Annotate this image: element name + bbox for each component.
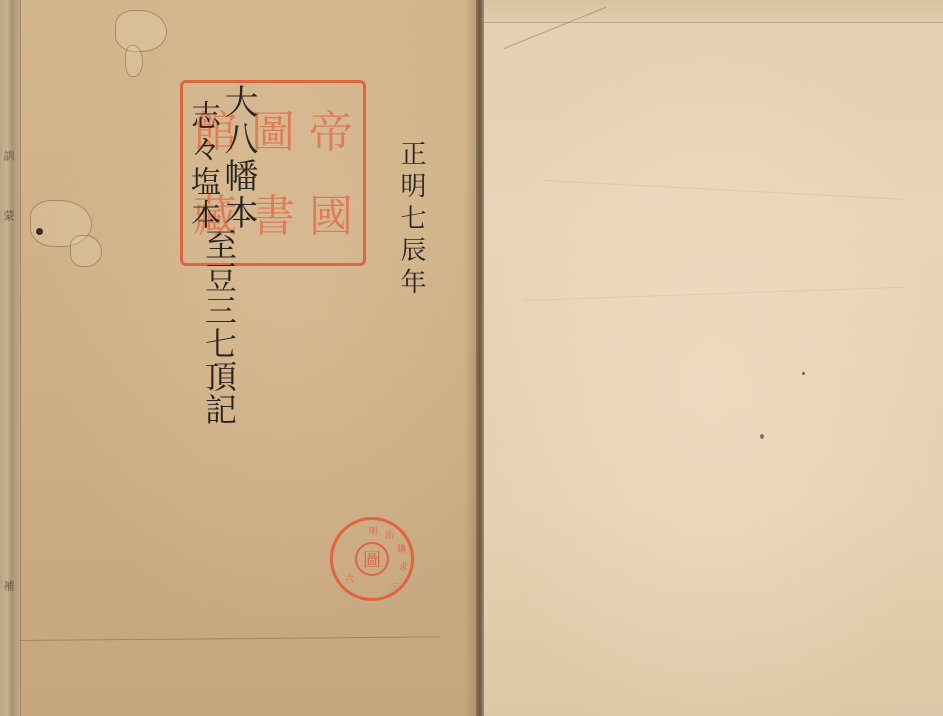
stamp-ring-char: 求 — [399, 560, 408, 573]
stamp-ring-char: 六 — [345, 572, 354, 585]
stamp-ring-char: 購 — [397, 542, 406, 555]
water-stain — [115, 10, 167, 52]
paper-speck — [760, 434, 764, 439]
paper-speck — [802, 372, 805, 375]
handwritten-date-note: 正明七辰年 — [393, 140, 430, 300]
book-spread: 訓 蒙 補 帝 國 圖 書 館 藏 大八幡本 志々塩本 — [0, 0, 943, 716]
binding-text: 蒙 — [2, 210, 16, 222]
stamp-center: 圖 — [355, 542, 389, 576]
page-top-fold — [484, 0, 943, 23]
handwritten-title-3: 至豆三七頂記 — [196, 228, 242, 426]
page-crease — [544, 180, 904, 200]
binding-text: 訓 — [2, 150, 16, 162]
binding-edge: 訓 蒙 補 — [0, 0, 21, 716]
stamp-ring-char: 治 — [385, 528, 394, 541]
stamp-ring-char: 一 — [369, 586, 378, 599]
water-stain — [70, 235, 102, 267]
water-stain — [125, 45, 143, 77]
handwritten-title-2: 志々塩本 — [180, 100, 224, 232]
page-crease — [524, 287, 904, 301]
stamp-ring-char: 三 — [389, 580, 398, 593]
seal-column: 帝 國 — [305, 91, 357, 259]
book-spine — [476, 0, 484, 716]
right-page-blank — [484, 0, 943, 716]
acquisition-stamp-round: 圖 明 治 購 求 三 一 六 — [330, 517, 414, 601]
left-page: 訓 蒙 補 帝 國 圖 書 館 藏 大八幡本 志々塩本 — [0, 0, 478, 716]
page-crease — [20, 636, 440, 641]
seal-char: 帝 — [309, 111, 353, 155]
ink-spot — [36, 228, 43, 235]
stamp-ring-char: 明 — [369, 524, 378, 537]
binding-text: 補 — [2, 580, 16, 592]
seal-char: 國 — [309, 195, 353, 239]
